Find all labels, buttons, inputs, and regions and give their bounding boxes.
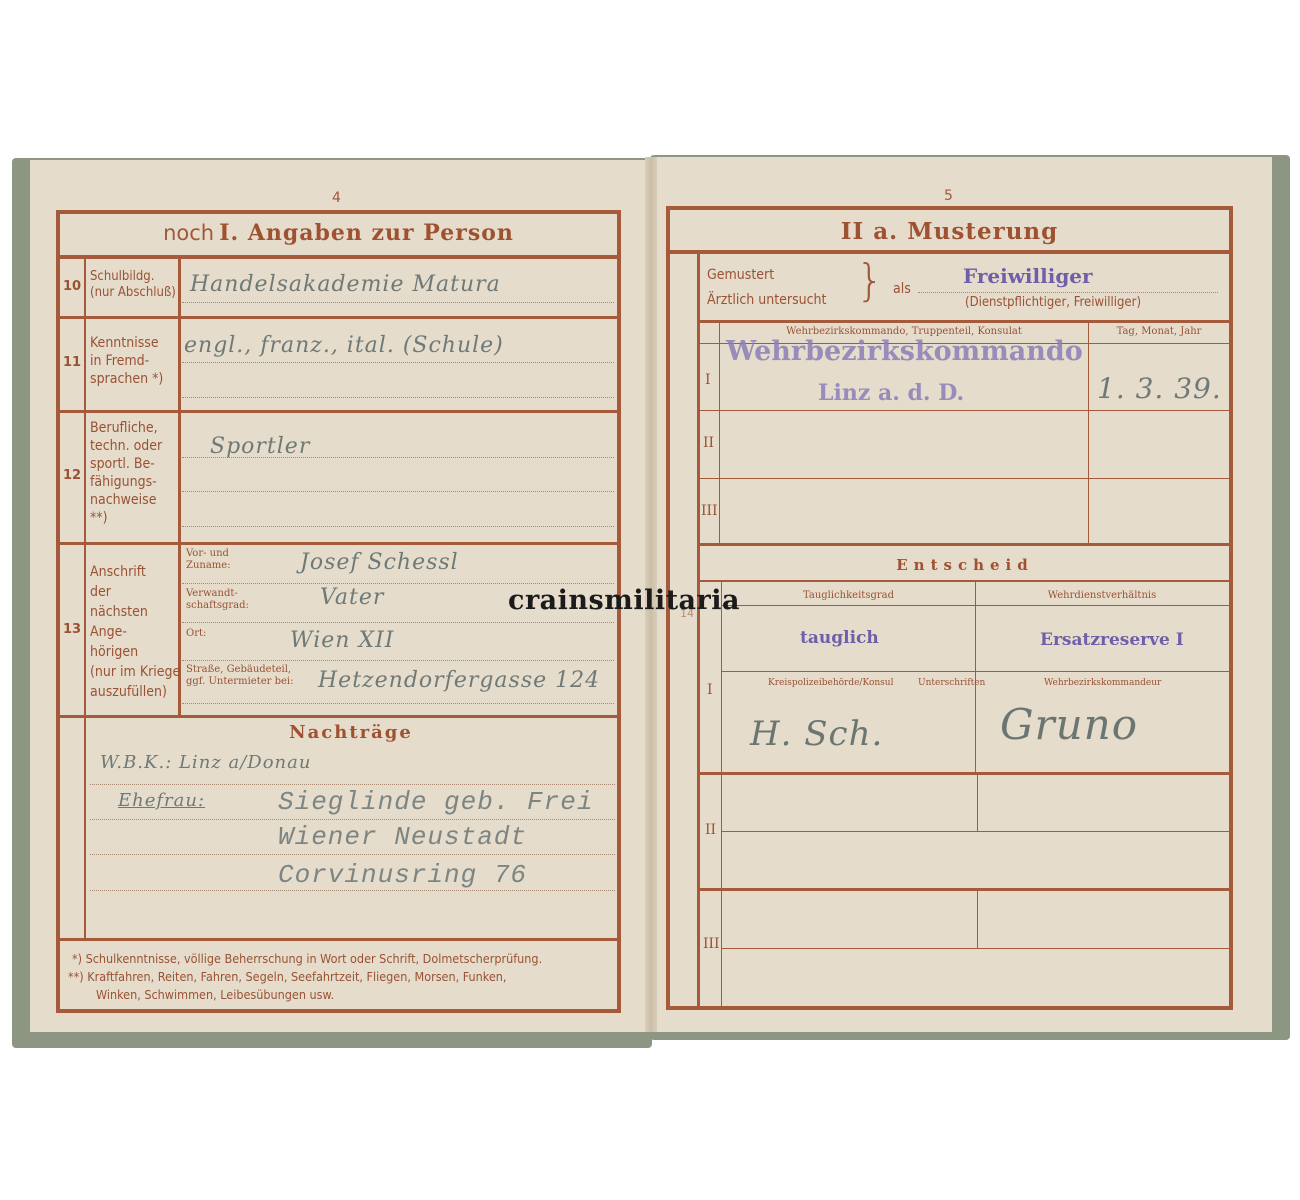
dotted-line: [182, 703, 614, 704]
divider: [699, 410, 1231, 411]
sig-label-mid: Unterschriften: [918, 678, 985, 688]
sig-label-left: Kreispolizeibehörde/Konsul: [768, 678, 893, 688]
dotted-line: [182, 302, 614, 303]
subfield-label: Straße, Gebäudeteil, ggf. Untermieter be…: [186, 664, 311, 688]
subfield-value: Hetzendorfergasse 124: [318, 668, 600, 693]
divider: [56, 255, 621, 259]
als-label: als: [893, 280, 911, 298]
divider: [719, 322, 720, 544]
row-value: engl., franz., ital. (Schule): [184, 333, 504, 358]
divider: [721, 831, 1231, 832]
musterung-date: 1. 3. 39.: [1097, 372, 1222, 405]
divider: [56, 715, 621, 718]
row-roman: II: [705, 822, 716, 838]
tauglichkeit-value: tauglich: [800, 628, 879, 648]
row-label: Schulbildg. (nur Abschluß): [90, 269, 176, 301]
als-hint: (Dienstpflichtiger, Freiwilliger): [965, 294, 1141, 312]
divider: [697, 772, 1233, 775]
left-title: noch I. Angaben zur Person: [60, 220, 617, 246]
divider: [697, 580, 1233, 582]
col1-header: Tauglichkeitsgrad: [722, 590, 975, 601]
divider: [697, 543, 1233, 546]
nachtraege-line: W.B.K.: Linz a/Donau: [100, 752, 311, 773]
title-text: I. Angaben zur Person: [219, 220, 514, 246]
aerztlich-label: Ärztlich untersucht: [707, 291, 826, 309]
nachtraege-heading: Nachträge: [86, 722, 616, 743]
row-roman: III: [701, 503, 718, 519]
row-number: 13: [63, 622, 81, 637]
row-number: 11: [63, 355, 81, 370]
divider: [721, 671, 1231, 672]
subfield-value: Josef Schessl: [300, 550, 459, 575]
divider: [56, 316, 621, 319]
right-title: II a. Musterung: [670, 218, 1229, 245]
divider: [84, 257, 86, 717]
title-prefix: noch: [163, 221, 214, 245]
nachtraege-line: Sieglinde geb. Frei: [278, 787, 593, 817]
divider: [721, 948, 1231, 949]
footnote: Winken, Schwimmen, Leibesübungen usw.: [96, 986, 334, 1004]
divider: [699, 478, 1231, 479]
row-number: 12: [63, 468, 81, 483]
subfield-value: Vater: [320, 585, 384, 610]
dotted-line: [182, 362, 614, 363]
gemustert-label: Gemustert: [707, 266, 774, 284]
als-value: Freiwilliger: [963, 264, 1093, 288]
col2-header: Wehrdienstverhältnis: [976, 590, 1228, 601]
dotted-line: [182, 583, 614, 584]
signature-right: Gruno: [1000, 700, 1138, 749]
dotted-line: [182, 491, 614, 492]
row-roman: I: [707, 682, 713, 698]
row-roman: III: [703, 936, 720, 952]
divider: [697, 320, 1233, 323]
row-value: Sportler: [210, 434, 310, 459]
dotted-line: [182, 397, 614, 398]
divider: [697, 888, 1233, 891]
footnote: *) Schulkenntnisse, völlige Beherrschung…: [72, 950, 542, 968]
row-label: Berufliche, techn. oder sportl. Be- fähi…: [90, 419, 162, 527]
sig-label-right: Wehrbezirkskommandeur: [1044, 678, 1161, 688]
subfield-label: Ort:: [186, 628, 206, 639]
divider: [1088, 322, 1089, 544]
subfield-value: Wien XII: [290, 628, 395, 653]
divider: [697, 252, 700, 1010]
entscheid-heading: Entscheid: [700, 556, 1230, 574]
nachtraege-line: Wiener Neustadt: [278, 822, 527, 852]
divider: [56, 410, 621, 413]
subfield-label: Vor- und Zuname:: [186, 548, 246, 572]
watermark-text: crainsmilitaria: [508, 585, 740, 616]
table-header-col2: Tag, Monat, Jahr: [1089, 326, 1229, 337]
divider: [721, 774, 722, 1010]
nachtraege-line: Ehefrau:: [118, 790, 205, 811]
divider: [721, 605, 1231, 606]
dotted-line: [90, 819, 615, 820]
divider: [666, 250, 1233, 254]
dotted-line: [90, 784, 615, 785]
row-roman: II: [703, 435, 714, 451]
row-number: 10: [63, 279, 81, 294]
stamp-line-1: Wehrbezirkskommando: [726, 336, 1083, 367]
divider: [977, 890, 978, 948]
dotted-line: [918, 292, 1218, 293]
signature-left: H. Sch.: [750, 714, 883, 754]
dotted-line: [90, 890, 615, 891]
dotted-line: [182, 457, 614, 458]
dotted-line: [182, 660, 614, 661]
stamp-line-2: Linz a. d. D.: [818, 380, 964, 406]
divider: [977, 774, 978, 832]
page-number-right: 5: [944, 188, 953, 204]
row-roman: I: [705, 372, 711, 388]
row-label: Anschrift der nächsten Ange- hörigen (nu…: [90, 562, 180, 702]
footnote: **) Kraftfahren, Reiten, Fahren, Segeln,…: [68, 968, 506, 986]
dotted-line: [90, 854, 615, 855]
wehrdienst-value: Ersatzreserve I: [1040, 630, 1184, 650]
dotted-line: [182, 622, 614, 623]
divider: [56, 938, 621, 941]
row-label: Kenntnisse in Fremd- sprachen *): [90, 334, 163, 388]
divider: [56, 542, 621, 545]
divider: [84, 717, 86, 939]
brace-icon: }: [856, 256, 884, 306]
nachtraege-line: Corvinusring 76: [278, 860, 527, 890]
dotted-line: [182, 526, 614, 527]
row-value: Handelsakademie Matura: [190, 272, 501, 297]
subfield-label: Verwandt-schaftsgrad:: [186, 588, 256, 612]
page-number-left: 4: [332, 190, 341, 206]
